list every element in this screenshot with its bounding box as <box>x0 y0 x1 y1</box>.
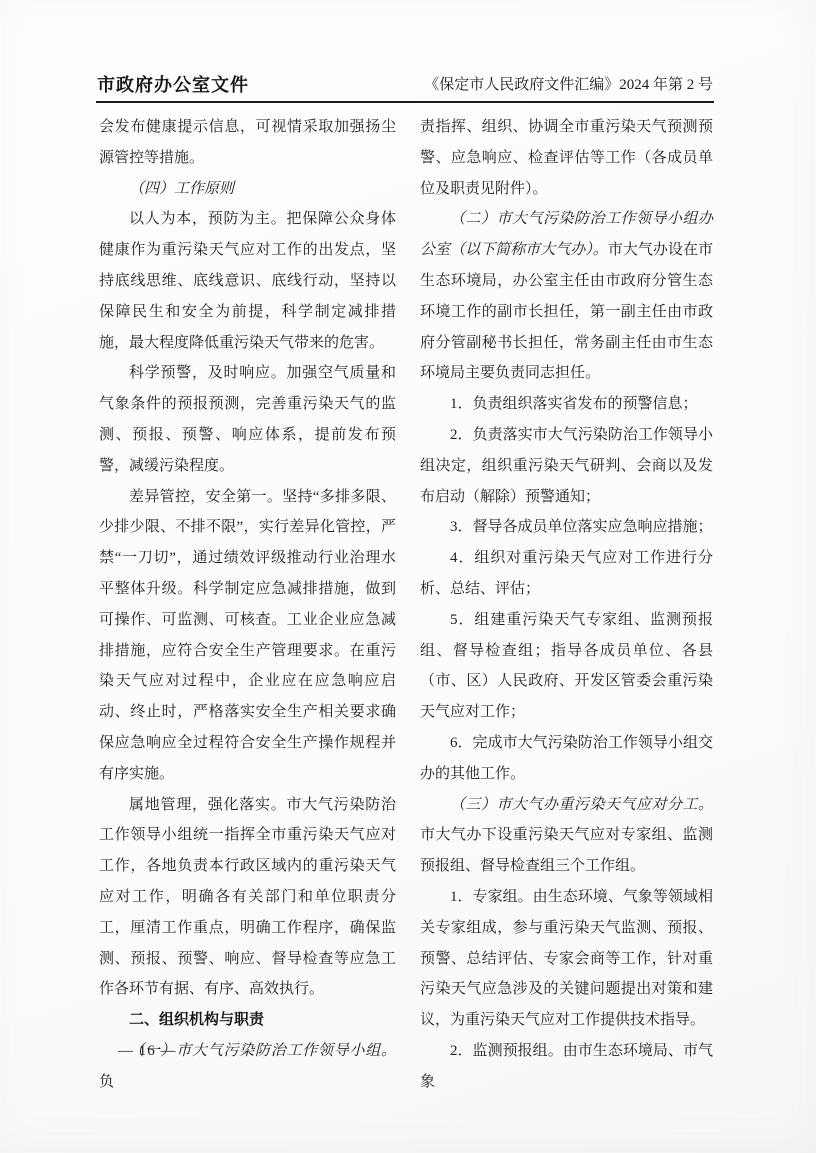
section-heading-organization: 二、组织机构与职责 <box>99 1005 396 1036</box>
paragraph: 差异管控，安全第一。坚持“多排多限、少排少限、不排不限”，实行差异化管控，严禁“… <box>99 482 396 790</box>
paragraph: 科学预警，及时响应。加强空气质量和气象条件的预报预测，完善重污染天气的监测、预报… <box>99 358 396 481</box>
page-number: — 16 — <box>118 1036 177 1066</box>
list-item: 3．督导各成员单位落实应急响应措施； <box>420 512 713 543</box>
page-header: 市政府办公室文件 《保定市人民政府文件汇编》2024 年第 2 号 <box>97 72 713 98</box>
paragraph-body-start: 负 <box>99 1074 114 1090</box>
list-item: 1．专家组。由生态环境、气象等领域相关专家组成，参与重污染天气监测、预报、预警、… <box>420 882 713 1036</box>
list-item: 1．负责组织落实省发布的预警信息； <box>420 389 713 420</box>
header-issue-label: 《保定市人民政府文件汇编》2024 年第 2 号 <box>424 73 713 98</box>
list-item: 4．组织对重污染天气应对工作进行分析、总结、评估； <box>420 543 713 605</box>
header-rule <box>96 101 714 103</box>
paragraph: 属地管理，强化落实。市大气污染防治工作领导小组统一指挥全市重污染天气应对工作，各… <box>99 790 396 1006</box>
paragraph-mixed: （三）市大气办重污染天气应对分工。市大气办下设重污染天气应对专家组、监测预报组、… <box>420 790 713 882</box>
list-item: 2．监测预报组。由市生态环境局、市气象 <box>420 1036 713 1098</box>
subsection-heading-work-principles: （四）工作原则 <box>99 174 396 205</box>
header-doc-type: 市政府办公室文件 <box>97 72 249 98</box>
paragraph: 以人为本，预防为主。把保障公众身体健康作为重污染天气应对工作的出发点，坚持底线思… <box>99 204 396 358</box>
left-column: 会发布健康提示信息，可视情采取加强扬尘源管控等措施。 （四）工作原则 以人为本，… <box>99 112 396 1098</box>
subsection-lead: （三）市大气办重污染天气应对分工。 <box>450 797 713 813</box>
paragraph-body: 市大气办下设重污染天气应对专家组、监测预报组、督导检查组三个工作组。 <box>420 827 713 874</box>
document-page: 市政府办公室文件 《保定市人民政府文件汇编》2024 年第 2 号 会发布健康提… <box>0 0 816 1153</box>
document-body: 会发布健康提示信息，可视情采取加强扬尘源管控等措施。 （四）工作原则 以人为本，… <box>99 112 713 1098</box>
list-item: 6．完成市大气污染防治工作领导小组交办的其他工作。 <box>420 728 713 790</box>
paragraph-mixed: （二）市大气污染防治工作领导小组办公室（以下简称市大气办）。市大气办设在市生态环… <box>420 204 713 389</box>
list-item: 5．组建重污染天气专家组、监测预报组、督导检查组；指导各成员单位、各县（市、区）… <box>420 605 713 728</box>
paragraph-continuation: 责指挥、组织、协调全市重污染天气预测预警、应急响应、检查评估等工作（各成员单位及… <box>420 112 713 204</box>
paragraph-continuation: 会发布健康提示信息，可视情采取加强扬尘源管控等措施。 <box>99 112 396 174</box>
paragraph-body: 市大气办设在市生态环境局，办公室主任由市政府分管生态环境工作的副市长担任，第一副… <box>420 242 713 381</box>
right-column: 责指挥、组织、协调全市重污染天气预测预警、应急响应、检查评估等工作（各成员单位及… <box>420 112 713 1098</box>
list-item: 2．负责落实市大气污染防治工作领导小组决定，组织重污染天气研判、会商以及发布启动… <box>420 420 713 512</box>
